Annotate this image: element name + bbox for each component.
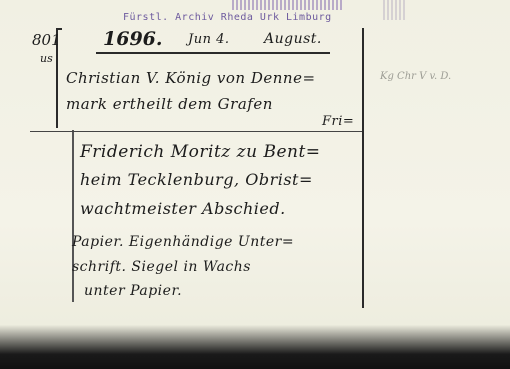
text-line-4: Friderich Moritz zu Bent= [80,142,321,162]
text-line-5: heim Tecklenburg, Obrist= [80,170,313,189]
archive-stamp-header [232,0,344,10]
text-line-9: unter Papier. [84,283,182,299]
margin-number: 801 [32,31,61,49]
text-line-6: wachtmeister Abschied. [80,199,286,218]
text-line-3: Fri= [322,114,354,129]
date-month: August. [264,31,322,47]
margin-sub: us [40,52,53,65]
frame-divider [30,131,362,132]
pencil-annotation: Kg Chr V v. D. [380,71,451,82]
stamp-smudge [383,0,407,20]
frame-right-line [362,28,364,308]
date-underline [96,52,330,54]
date-day: Jun 4. [188,32,230,47]
frame-left-line-lower [72,130,74,302]
text-line-7: Papier. Eigenhändige Unter= [72,234,294,250]
archive-stamp: Fürstl. Archiv Rheda Urk Limburg [123,12,332,23]
frame-top-tick [56,28,62,30]
archive-card: Fürstl. Archiv Rheda Urk Limburg 801 us … [0,0,510,369]
text-line-2: mark ertheilt dem Grafen [66,95,273,113]
text-line-8: schrift. Siegel in Wachs [72,259,251,275]
date-year: 1696. [103,28,163,50]
text-line-1: Christian V. König von Denne= [66,69,316,87]
